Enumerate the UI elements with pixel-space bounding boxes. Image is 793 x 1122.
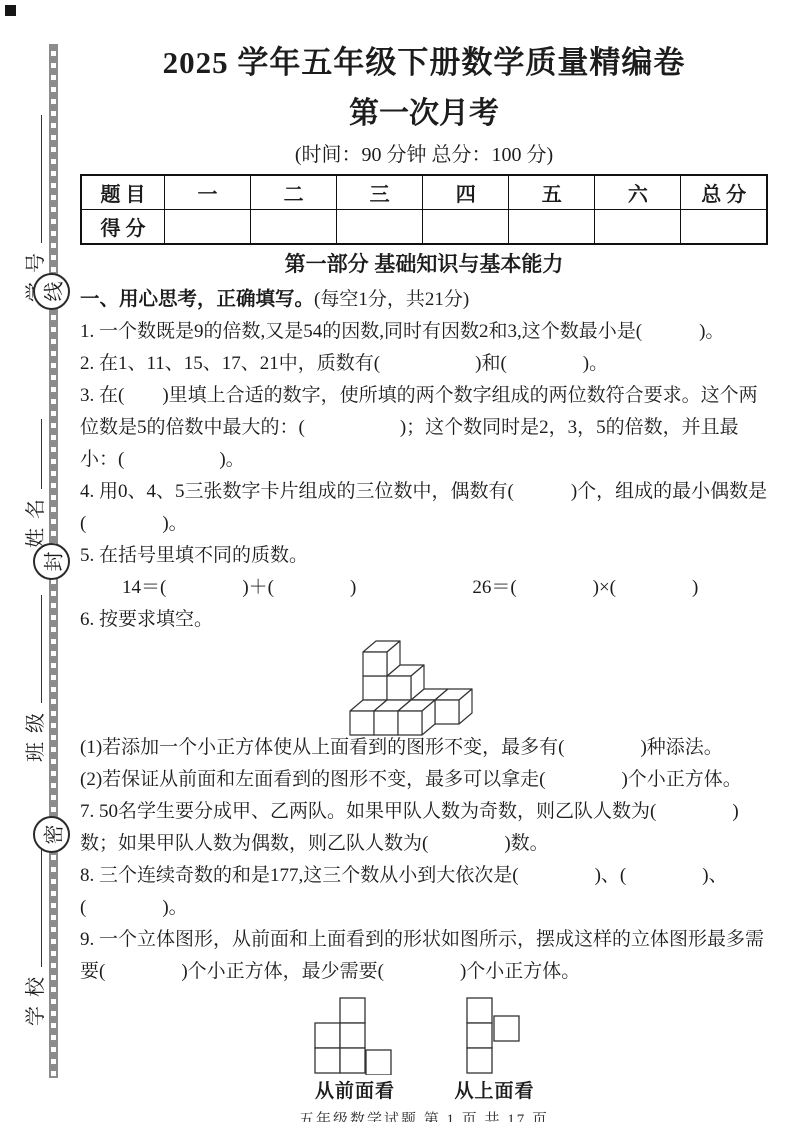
exam-paper-page: 学 号 姓 名 班 级 学 校 线 封 密 2025 学年五年级下册数学质量精编… — [0, 0, 793, 1122]
question-5: 5. 在括号里填不同的质数。 — [80, 540, 768, 572]
score-cell — [423, 210, 509, 245]
page-subtitle: 第一次月考 — [80, 94, 768, 134]
score-cell — [165, 210, 251, 245]
score-table-score-row: 得 分 — [81, 210, 767, 245]
score-table-header-row: 题 目 一 二 三 四 五 六 总 分 — [81, 175, 767, 210]
class-label: 班 级 — [19, 711, 48, 762]
front-view-grid — [313, 990, 396, 1075]
equation-14: 14＝( )＋( ) — [122, 572, 356, 604]
student-name-label-group: 姓 名 — [20, 419, 46, 548]
exam-meta: (时间：90 分钟 总分：100 分) — [80, 142, 768, 168]
student-id-blank-line — [25, 115, 42, 243]
score-header-6: 六 — [595, 175, 681, 210]
question-9-figures: 从前面看 从上面看 — [80, 990, 768, 1103]
question-4: 4. 用0、4、5三张数字卡片组成的三位数中，偶数有( )个，组成的最小偶数是(… — [80, 476, 768, 540]
question-6-sub2: (2)若保证从前面和左面看到的图形不变，最多可以拿走( )个小正方体。 — [80, 764, 768, 796]
score-cell — [337, 210, 423, 245]
student-name-blank-line — [25, 419, 42, 489]
corner-registration-mark — [5, 5, 16, 16]
top-view-grid — [465, 990, 523, 1075]
score-cell — [595, 210, 681, 245]
cube-stack-figure — [80, 636, 768, 732]
question-3: 3. 在( )里填上合适的数字，使所填的两个数字组成的两位数符合要求。这个两位数… — [80, 380, 768, 476]
section-one-heading: 一、用心思考，正确填写。(每空1分，共21分) — [80, 283, 768, 316]
question-9: 9. 一个立体图形，从前面和上面看到的形状如图所示，摆成这样的立体图形最多需要(… — [80, 924, 768, 988]
student-name-label: 姓 名 — [19, 497, 48, 548]
front-view-label: 从前面看 — [315, 1076, 395, 1103]
seal-char-line: 线 — [33, 273, 70, 310]
question-6-sub1: (1)若添加一个小正方体使从上面看到的图形不变，最多有( )种添法。 — [80, 732, 768, 764]
score-header-3: 三 — [337, 175, 423, 210]
question-5-equations: 14＝( )＋( ) 26＝( )×( ) — [80, 572, 768, 604]
score-header-total: 总 分 — [681, 175, 767, 210]
school-label-group: 学 校 — [20, 827, 46, 1026]
score-table: 题 目 一 二 三 四 五 六 总 分 得 分 — [80, 174, 768, 245]
score-header-1: 一 — [165, 175, 251, 210]
equation-26: 26＝( )×( ) — [472, 572, 698, 604]
score-cell — [681, 210, 767, 245]
section-one-heading-note: (每空1分，共21分) — [314, 289, 469, 310]
question-8: 8. 三个连续奇数的和是177,这三个数从小到大依次是( )、( )、( )。 — [80, 860, 768, 924]
part-title: 第一部分 基础知识与基本能力 — [80, 251, 768, 279]
score-cell — [509, 210, 595, 245]
top-view-label: 从上面看 — [454, 1076, 534, 1103]
school-label: 学 校 — [19, 975, 48, 1026]
front-view-figure: 从前面看 — [313, 990, 396, 1103]
score-cell — [251, 210, 337, 245]
seal-char-feng: 封 — [33, 543, 70, 580]
seal-char-mi: 密 — [33, 816, 70, 853]
student-id-label-group: 学 号 — [20, 115, 46, 302]
page-title: 2025 学年五年级下册数学质量精编卷 — [80, 42, 768, 84]
section-one-heading-bold: 一、用心思考，正确填写。 — [80, 288, 314, 310]
page-footer: 五年级数学试题 第 1 页 共 17 页 — [80, 1108, 768, 1122]
score-header-2: 二 — [251, 175, 337, 210]
top-view-figure: 从上面看 — [454, 990, 534, 1103]
class-label-group: 班 级 — [20, 595, 46, 762]
question-1: 1. 一个数既是9的倍数,又是54的因数,同时有因数2和3,这个数最小是( )。 — [80, 316, 768, 348]
question-7: 7. 50名学生要分成甲、乙两队。如果甲队人数为奇数，则乙队人数为( )数；如果… — [80, 796, 768, 860]
score-header-4: 四 — [423, 175, 509, 210]
question-2: 2. 在1、11、15、17、21中，质数有( )和( )。 — [80, 348, 768, 380]
score-header-5: 五 — [509, 175, 595, 210]
score-header-timu: 题 目 — [81, 175, 165, 210]
class-blank-line — [25, 595, 42, 703]
exam-content: 2025 学年五年级下册数学质量精编卷 第一次月考 (时间：90 分钟 总分：1… — [80, 0, 768, 1122]
score-row-label: 得 分 — [81, 210, 165, 245]
